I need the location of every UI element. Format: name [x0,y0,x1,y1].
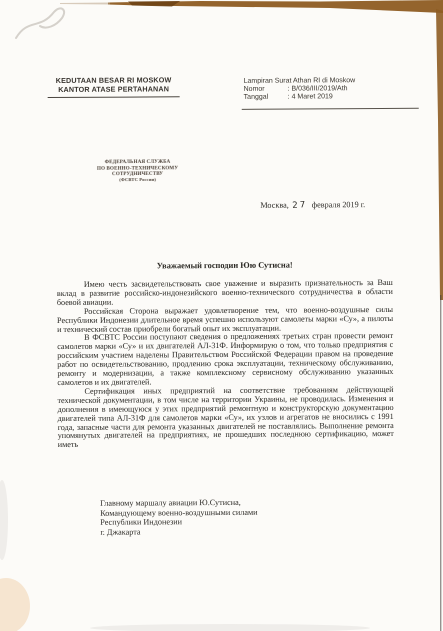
dateline-day-handwritten: 27 [291,200,310,211]
embassy-office: KANTOR ATASE PERTAHANAN [48,85,180,94]
attachment-reference-block: Lampiran Surat Athan RI di Moskow Nomor … [244,77,420,103]
letter-content: KEDUTAAN BESAR RI MOSKOW KANTOR ATASE PE… [0,0,443,631]
dateline-rest: февраля 2019 г. [312,200,365,209]
reference-number-label: Nomor [244,86,288,94]
reference-number-value: : B/036/III/2019/Ath [288,85,348,94]
dateline-city: Москва, [260,201,288,210]
reference-date-label: Tanggal [244,94,288,102]
embassy-office-block: KEDUTAAN BESAR RI MOSKOW KANTOR ATASE PE… [48,76,180,98]
fsvts-letterhead-stamp: ФЕДЕРАЛЬНАЯ СЛУЖБА ПО ВОЕННО-ТЕХНИЧЕСКОМ… [95,158,180,184]
reference-date-row: Tanggal : 4 Maret 2019 [244,93,420,102]
stamp-line-4: (ФСВТС России) [95,177,180,184]
paragraph-3: В ФСВТС России поступают сведения о пред… [57,332,393,387]
scanned-letter-page: KEDUTAAN BESAR RI MOSKOW KANTOR ATASE PE… [0,0,443,631]
letter-body: Имею честь засвидетельствовать свое уваж… [57,279,394,450]
dateline: Москва, 27 февраля 2019 г. [260,200,365,211]
recipient-position: Командующему военно-воздушными силами [100,507,257,518]
recipient-city: г. Джакарта [100,527,257,538]
salutation: Уважаемый господин Юю Сутисна! [57,260,393,271]
paragraph-2: Российская Сторона выражает удовлетворен… [57,306,393,335]
recipient-name: Главному маршалу авиации Ю.Сутисна, [100,498,257,509]
reference-date-value: : 4 Maret 2019 [288,94,333,102]
recipient-block: Главному маршалу авиации Ю.Сутисна, Кома… [100,498,258,537]
paragraph-4: Сертификация иных предприятий на соответ… [57,386,393,450]
header-rule [242,108,419,110]
paragraph-1: Имею честь засвидетельствовать свое уваж… [57,279,393,308]
